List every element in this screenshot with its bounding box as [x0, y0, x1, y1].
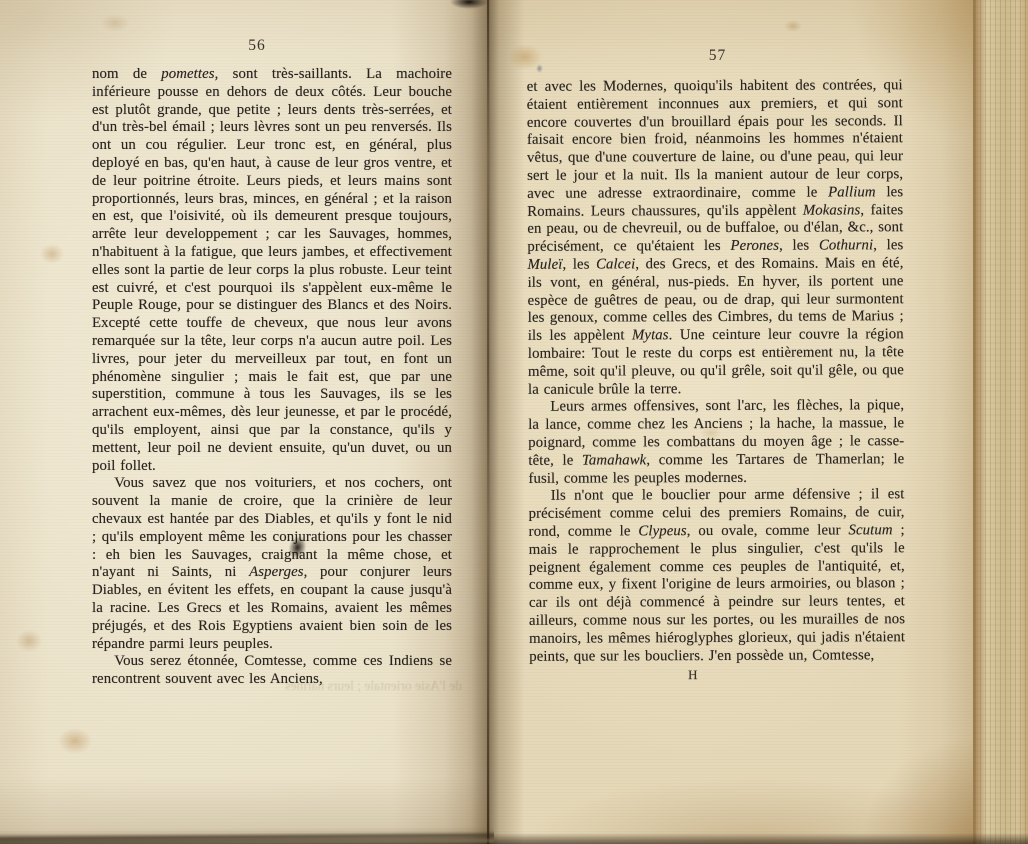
- italic-term: Scutum: [848, 522, 892, 538]
- right-page-number: 57: [475, 47, 960, 65]
- paragraph: Leurs armes offensives, sont l'arc, les …: [528, 398, 904, 489]
- italic-term: Calcei: [596, 256, 635, 272]
- paragraph: Vous savez que nos voituriers, et nos co…: [92, 475, 452, 653]
- italic-term: Tamahawk: [582, 452, 646, 468]
- signature-mark: H: [481, 665, 905, 685]
- paragraph: nom de pomettes, sont très-saillants. La…: [92, 66, 452, 475]
- italic-term: Clypeus: [638, 523, 686, 539]
- italic-term: Cothurni: [819, 237, 873, 253]
- book-scan: 56 nom de pomettes, sont très-saillants.…: [0, 0, 1028, 844]
- italic-term: Asperges: [249, 564, 304, 580]
- left-page-text: nom de pomettes, sont très-saillants. La…: [92, 66, 452, 689]
- show-through-text: de l'Asie orientale ; leurs narines: [226, 678, 462, 694]
- right-page-text: et avec les Modernes, quoiqu'ils habiten…: [527, 77, 906, 685]
- paragraph: Ils n'ont que le bouclier pour arme défe…: [528, 487, 905, 667]
- italic-term: Mytas: [632, 327, 669, 343]
- italic-term: Mokasins: [803, 202, 861, 218]
- ink-speck: [536, 64, 543, 73]
- right-page: 57 et avec les Modernes, quoiqu'ils habi…: [490, 0, 975, 844]
- italic-term: pomettes: [161, 66, 214, 82]
- page-edges-stack: [973, 0, 1028, 844]
- left-page-number: 56: [12, 37, 502, 55]
- italic-term: Pallium: [828, 184, 876, 200]
- italic-term: Perones: [730, 238, 779, 254]
- left-page: 56 nom de pomettes, sont très-saillants.…: [0, 0, 490, 844]
- italic-term: Muleï: [527, 257, 562, 273]
- paragraph: et avec les Modernes, quoiqu'ils habiten…: [527, 77, 904, 399]
- right-page-paragraphs: et avec les Modernes, quoiqu'ils habiten…: [527, 77, 906, 666]
